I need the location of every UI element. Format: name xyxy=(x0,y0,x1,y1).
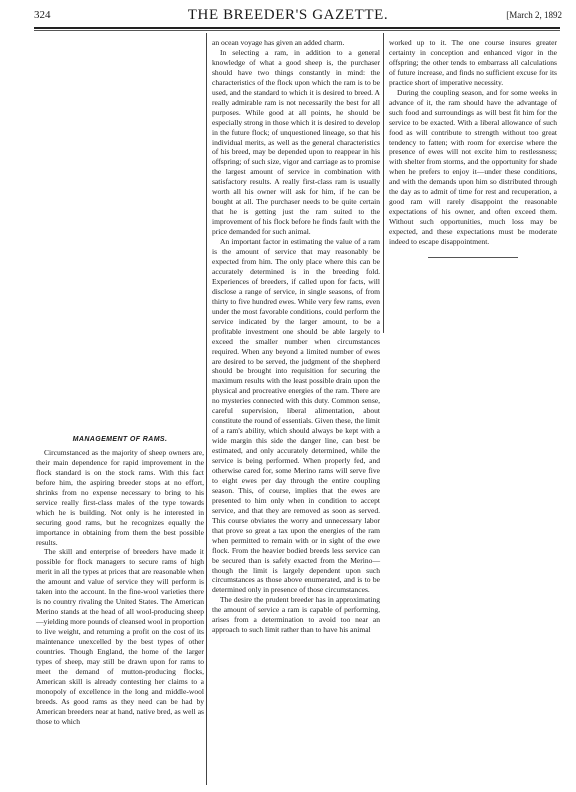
paragraph: The desire the prudent breeder has in ap… xyxy=(212,595,380,635)
paragraph: The skill and enterprise of breeders hav… xyxy=(36,547,204,726)
paragraph: worked up to it. The one course insures … xyxy=(389,38,557,88)
header-rule xyxy=(34,27,560,29)
left-column: MANAGEMENT OF RAMS. Circumstanced as the… xyxy=(36,435,204,727)
article-end-rule xyxy=(428,257,518,258)
paragraph: An important factor in estimating the va… xyxy=(212,237,380,595)
middle-column: an ocean voyage has given an added charm… xyxy=(212,38,380,635)
right-column: worked up to it. The one course insures … xyxy=(389,38,557,258)
column-divider-2 xyxy=(383,33,384,333)
column-divider-1 xyxy=(206,33,207,785)
paragraph: In selecting a ram, in addition to a gen… xyxy=(212,48,380,237)
paragraph: an ocean voyage has given an added charm… xyxy=(212,38,380,48)
article-heading: MANAGEMENT OF RAMS. xyxy=(36,435,204,445)
publication-title: THE BREEDER'S GAZETTE. xyxy=(0,7,576,24)
issue-date: [March 2, 1892 xyxy=(506,10,562,20)
paragraph: During the coupling season, and for some… xyxy=(389,88,557,247)
paragraph: Circumstanced as the majority of sheep o… xyxy=(36,448,204,548)
header-rule-thin xyxy=(34,30,560,31)
